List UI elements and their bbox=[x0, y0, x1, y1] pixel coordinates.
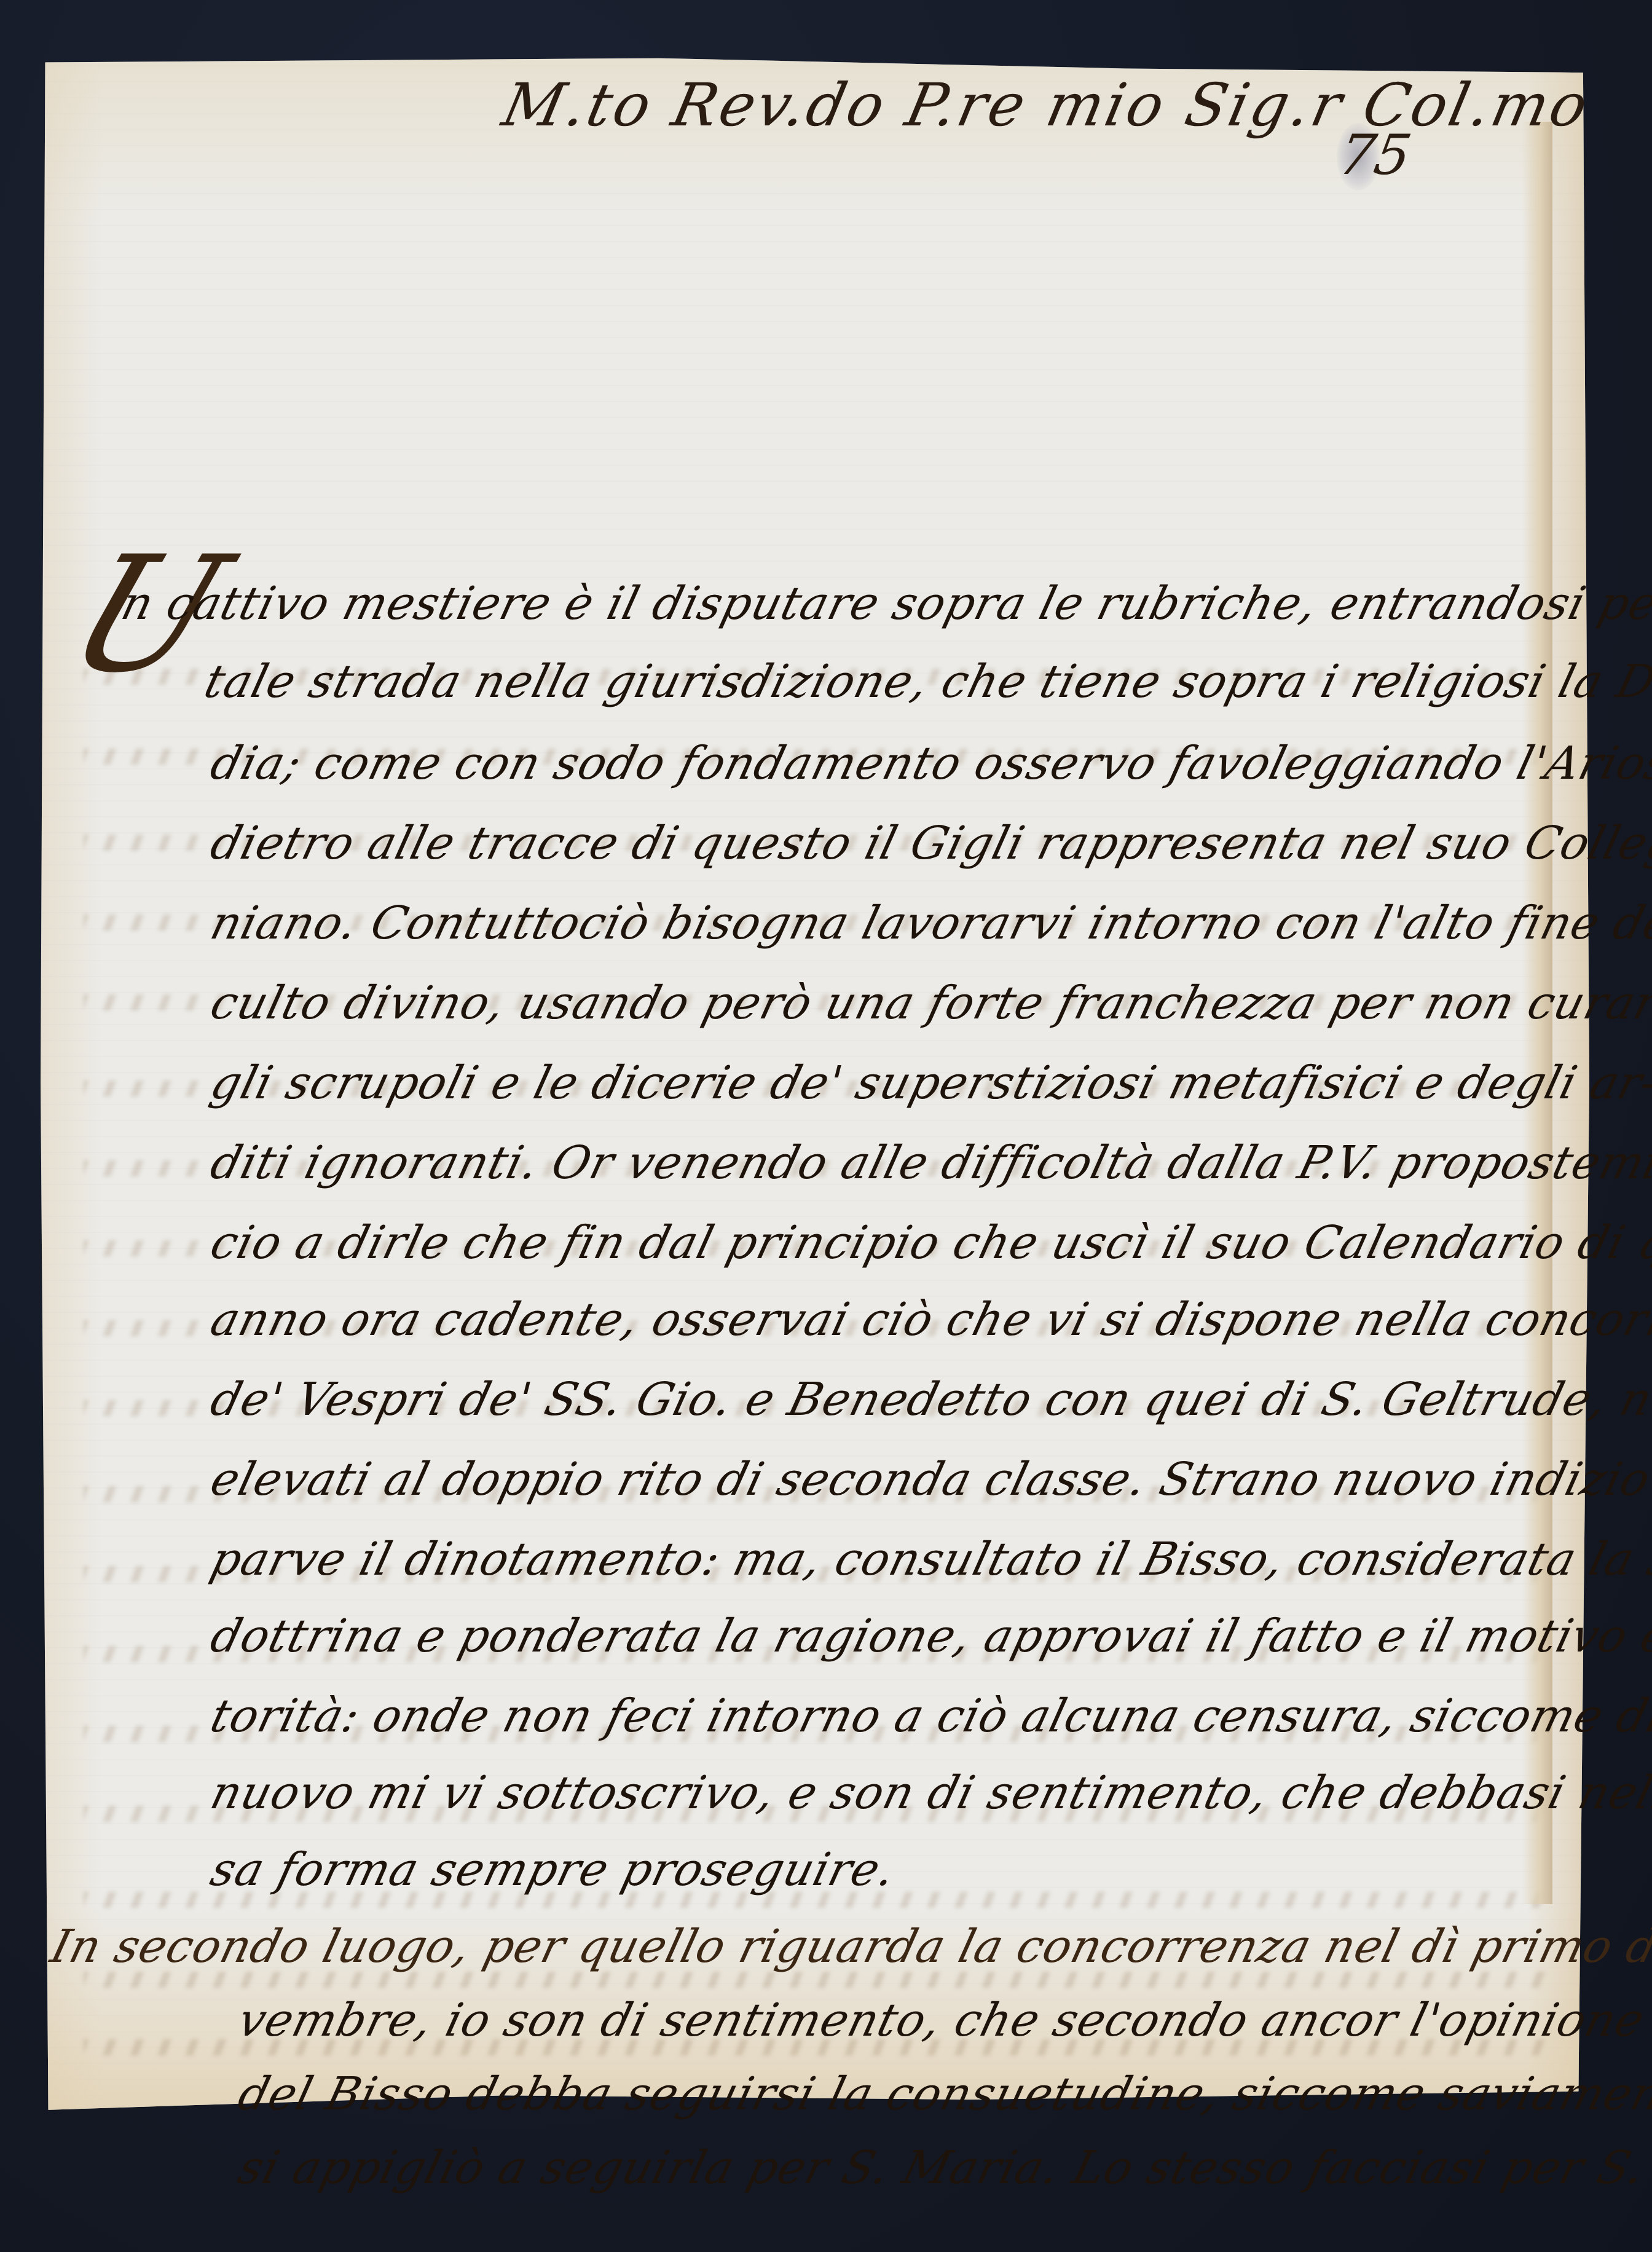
text-line: dia; come con sodo fondamento osservo fa… bbox=[206, 741, 1652, 786]
text-line: In secondo luogo, per quello riguarda la… bbox=[47, 1924, 1652, 1969]
text-line: torità: onde non feci intorno a ciò alcu… bbox=[206, 1693, 1652, 1739]
text-line: elevati al doppio rito di seconda classe… bbox=[206, 1457, 1652, 1502]
text-line: nuovo mi vi sottoscrivo, e son di sentim… bbox=[206, 1770, 1652, 1816]
text-line: del Bisso debba seguirsi la consuetudine… bbox=[234, 2071, 1652, 2117]
text-line: cio a dirle che fin dal principio che us… bbox=[206, 1220, 1652, 1266]
text-line: dietro alle tracce di questo il Gigli ra… bbox=[206, 821, 1652, 866]
letter-body: n cattivo mestiere è il disputare sopra … bbox=[0, 0, 1652, 2252]
text-line: si appigliò a seguirla per S. Maria. Lo … bbox=[234, 2145, 1652, 2191]
text-line: anno ora cadente, osservai ciò che vi si… bbox=[206, 1297, 1652, 1342]
text-line: vembre, io son di sentimento, che second… bbox=[234, 1998, 1649, 2043]
text-line: niano. Contuttociò bisogna lavorarvi int… bbox=[206, 900, 1652, 946]
text-line: parve il dinotamento: ma, consultato il … bbox=[206, 1537, 1652, 1582]
text-line: gli scrupoli e le dicerie de' superstizi… bbox=[206, 1060, 1652, 1106]
text-line: n cattivo mestiere è il disputare sopra … bbox=[117, 581, 1652, 626]
text-line: tale strada nella giurisdizione, che tie… bbox=[200, 659, 1652, 704]
text-line: culto divino, usando però una forte fran… bbox=[206, 980, 1652, 1026]
text-line: sa forma sempre proseguire. bbox=[206, 1847, 900, 1892]
text-line: de' Vespri de' SS. Gio. e Benedetto con … bbox=[206, 1377, 1652, 1422]
text-line: dottrina e ponderata la ragione, approva… bbox=[206, 1613, 1652, 1659]
text-line: diti ignoranti. Or venendo alle difficol… bbox=[206, 1140, 1652, 1186]
